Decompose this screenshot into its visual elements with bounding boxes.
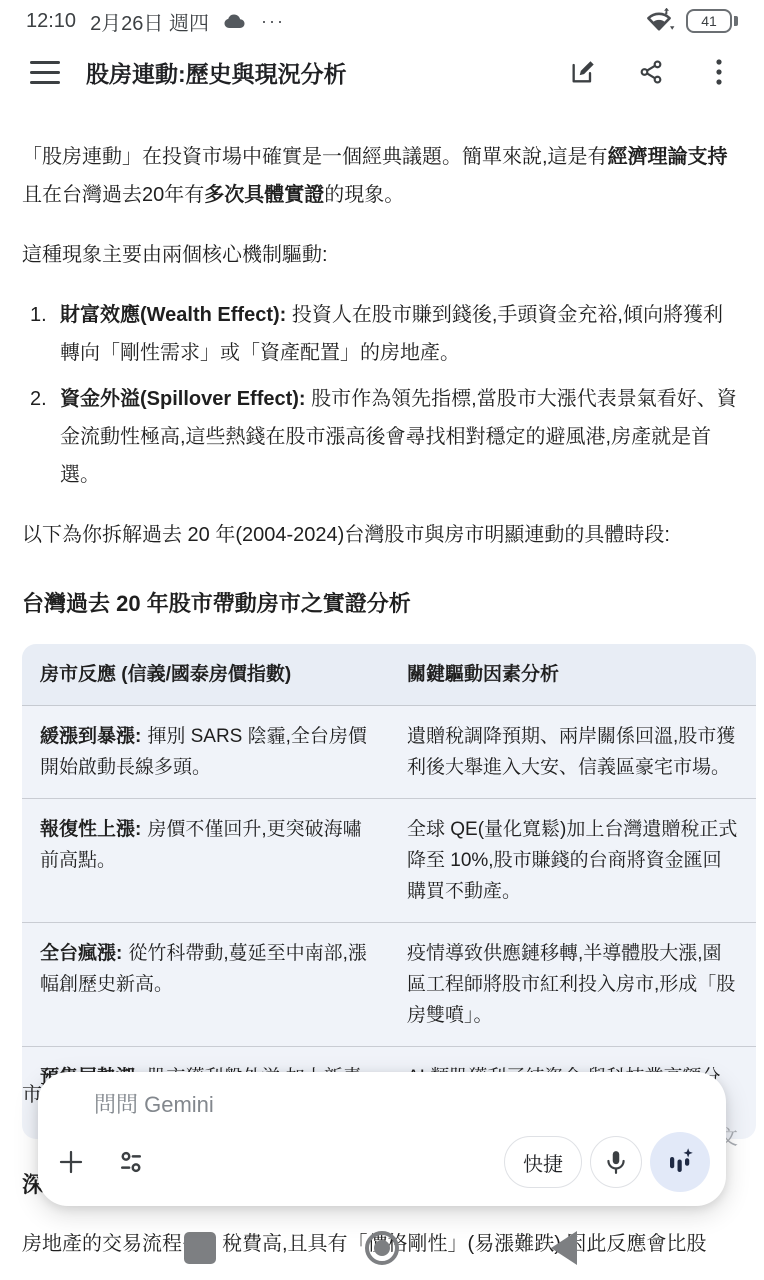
table-row: 緩漲到暴漲:揮別 SARS 陰霾,全台房價開始啟動長線多頭。 遺贈稅調降預期、兩…: [22, 706, 756, 799]
wifi-icon: [646, 8, 676, 34]
paragraph-intro: 「股房連動」在投資市場中確實是一個經典議題。簡單來說,這是有經濟理論支持且在台灣…: [22, 138, 742, 214]
battery-indicator: 41: [686, 9, 738, 33]
gemini-input-card[interactable]: 問問 Gemini 快捷: [38, 1072, 726, 1206]
back-triangle-icon: [551, 1231, 577, 1265]
system-navigation-bar: [0, 1216, 764, 1280]
table-header-cell: 關鍵驅動因素分析: [389, 644, 756, 705]
mechanism-list: 1. 財富效應(Wealth Effect): 投資人在股市賺到錢後,手頭資金充…: [30, 296, 742, 494]
gemini-input-placeholder[interactable]: 問問 Gemini: [94, 1088, 708, 1119]
square-icon: [184, 1232, 216, 1264]
table-row: 全台瘋漲:從竹科帶動,蔓延至中南部,漲幅創歷史新高。 疫情導致供應鏈移轉,半導體…: [22, 923, 756, 1047]
recents-button[interactable]: [180, 1228, 220, 1268]
cloud-icon: [223, 12, 247, 30]
evidence-table: 房市反應 (信義/國泰房價指數) 關鍵驅動因素分析 緩漲到暴漲:揮別 SARS …: [22, 644, 756, 1139]
section-heading-evidence: 台灣過去 20 年股市帶動房市之實證分析: [22, 588, 742, 620]
app-bar: 股房連動:歷史與現況分析: [0, 46, 764, 98]
voice-mode-icon[interactable]: [650, 1132, 710, 1192]
status-bar: 12:10 2月26日 週四 ··· 41: [0, 0, 764, 42]
clock: 12:10: [26, 10, 76, 33]
paragraph-mechanisms: 這種現象主要由兩個核心機制驅動:: [22, 236, 742, 274]
plus-icon[interactable]: [56, 1147, 86, 1177]
menu-icon[interactable]: [30, 61, 60, 84]
page-title: 股房連動:歷史與現況分析: [86, 56, 347, 89]
paragraph-timeline-intro: 以下為你拆解過去 20 年(2004-2024)台灣股市與房市明顯連動的具體時段…: [22, 516, 742, 554]
list-item: 1. 財富效應(Wealth Effect): 投資人在股市賺到錢後,手頭資金充…: [30, 296, 742, 372]
tune-icon[interactable]: [116, 1147, 146, 1177]
home-button[interactable]: [362, 1228, 402, 1268]
overflow-menu-icon[interactable]: [704, 57, 734, 87]
share-icon[interactable]: [636, 57, 666, 87]
quick-actions-button[interactable]: 快捷: [504, 1136, 582, 1188]
mic-icon[interactable]: [590, 1136, 642, 1188]
table-header-row: 房市反應 (信義/國泰房價指數) 關鍵驅動因素分析: [22, 644, 756, 706]
status-more-icon: ···: [261, 11, 285, 32]
edit-icon[interactable]: [568, 57, 598, 87]
list-item: 2. 資金外溢(Spillover Effect): 股市作為領先指標,當股市大…: [30, 380, 742, 494]
status-date: 2月26日 週四: [90, 7, 209, 36]
table-row: 報復性上漲:房價不僅回升,更突破海嘯前高點。 全球 QE(量化寬鬆)加上台灣遺贈…: [22, 799, 756, 923]
battery-percent: 41: [686, 9, 732, 33]
home-circle-icon: [365, 1231, 399, 1265]
table-header-cell: 房市反應 (信義/國泰房價指數): [22, 644, 389, 705]
back-button[interactable]: [544, 1228, 584, 1268]
